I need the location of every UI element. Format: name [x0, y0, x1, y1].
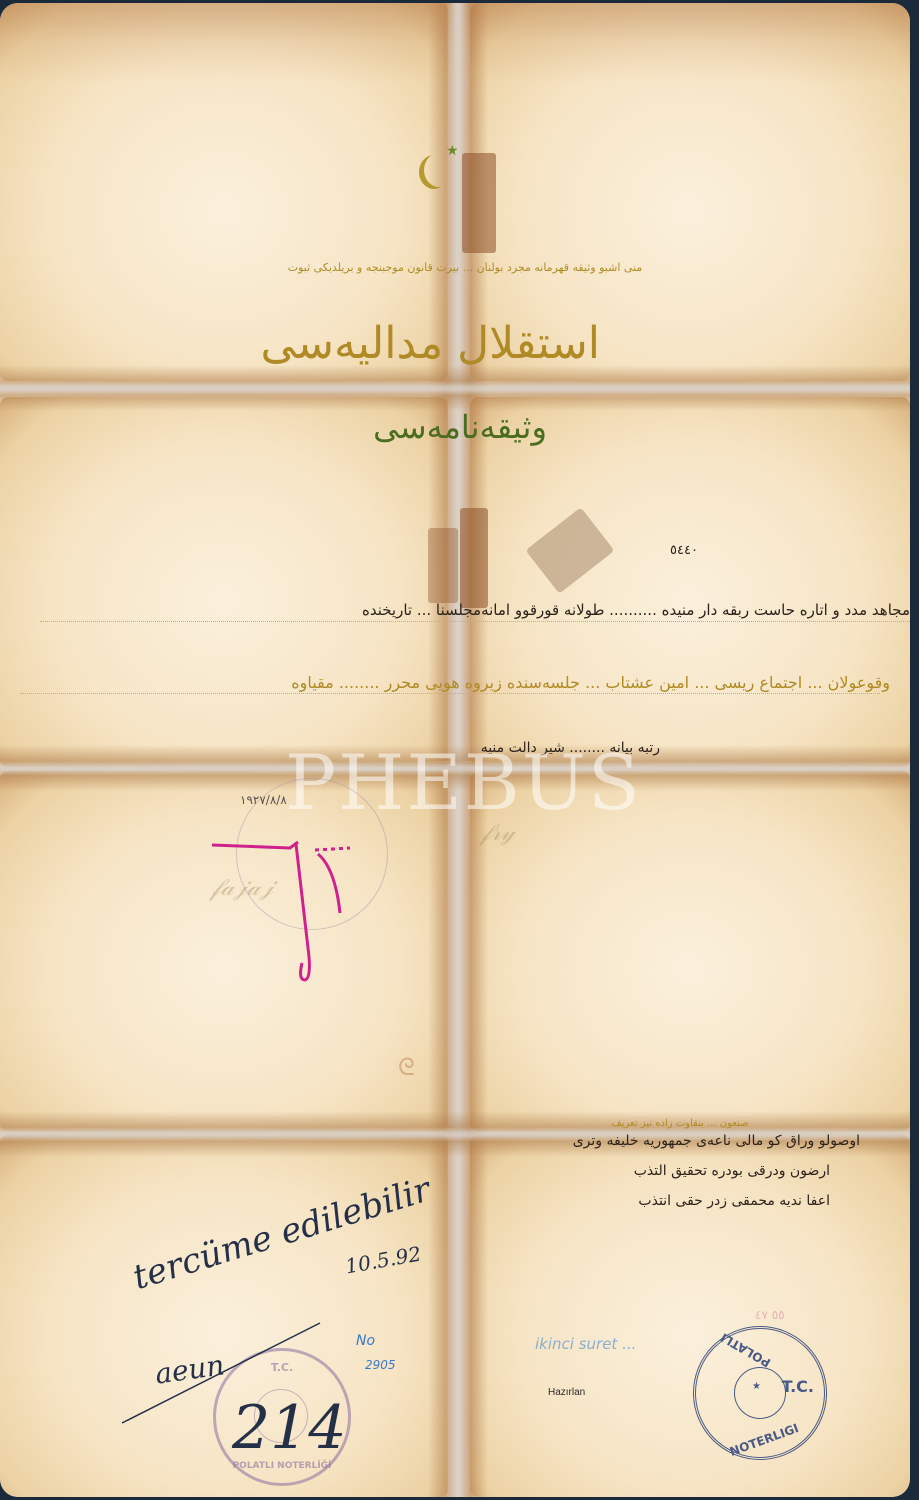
horizontal-fold [0, 365, 910, 411]
tape-stain [460, 508, 488, 608]
body-line-2: وقوعولان ... اجتماع ریسی ... امین عشتاب … [30, 673, 890, 692]
note-line-2: اوصولو وراق کو مالی ناعه‌ی جمهوریه خلیفه… [510, 1133, 860, 1149]
stamp-text: T.C. [782, 1377, 814, 1396]
star-icon: ★ [446, 143, 459, 159]
note-line-4: اعفا ندیه محمقی زدر حقی انتذب [500, 1193, 830, 1209]
blue-pencil-number: 2905 [365, 1358, 396, 1372]
dotted-rule [40, 621, 910, 622]
tape-stain [462, 153, 496, 253]
serial-number: ٥٤٤٠ [670, 543, 698, 558]
panel [470, 1135, 910, 1497]
registry-date: ١٩٢٧/٨/٨ [240, 793, 287, 807]
typed-label: Hazırlan [548, 1387, 585, 1398]
title-line-1: استقلال مدالیه‌سی [320, 318, 600, 369]
faint-seal: ᘓ [398, 1053, 415, 1081]
faint-pink-note: ٥٥ ٤٧ [755, 1308, 785, 1322]
stamp-text: POLATLI [718, 1330, 773, 1370]
document-page: ★ منی اشبو وثیقه قهرمانه مجرد بولنان ...… [0, 3, 910, 1497]
blue-pencil-script: ikinci suret ... [535, 1335, 636, 1353]
caption-line: منی اشبو وثیقه قهرمانه مجرد بولنان ... ب… [260, 261, 670, 274]
note-line-1: صنعون ... بنقاوت زاده نیز تعریف [480, 1118, 880, 1129]
body-line-1: مجاهد مدد و اتاره حاست ربقه دار منیده ..… [30, 601, 910, 619]
faint-signature: 𝒻𝓇𝓎 [480, 818, 515, 846]
star-icon: ★ [752, 1381, 761, 1392]
panel [470, 397, 910, 767]
note-line-3: ارضون ودرقی بودره تحقیق التذب [500, 1163, 830, 1179]
title-line-2: وثیقه‌نامه‌سی [370, 408, 550, 446]
magenta-ink-mark [210, 828, 360, 988]
blue-notary-stamp: POLATLI T.C. NOTERLIGI ★ [693, 1326, 827, 1460]
dotted-rule [20, 693, 880, 694]
stamp-inner-ring [734, 1367, 786, 1419]
blue-pencil-label: No [356, 1333, 375, 1349]
handwritten-number: 214 [232, 1393, 347, 1463]
panel [0, 397, 448, 767]
tape-stain [428, 528, 458, 603]
